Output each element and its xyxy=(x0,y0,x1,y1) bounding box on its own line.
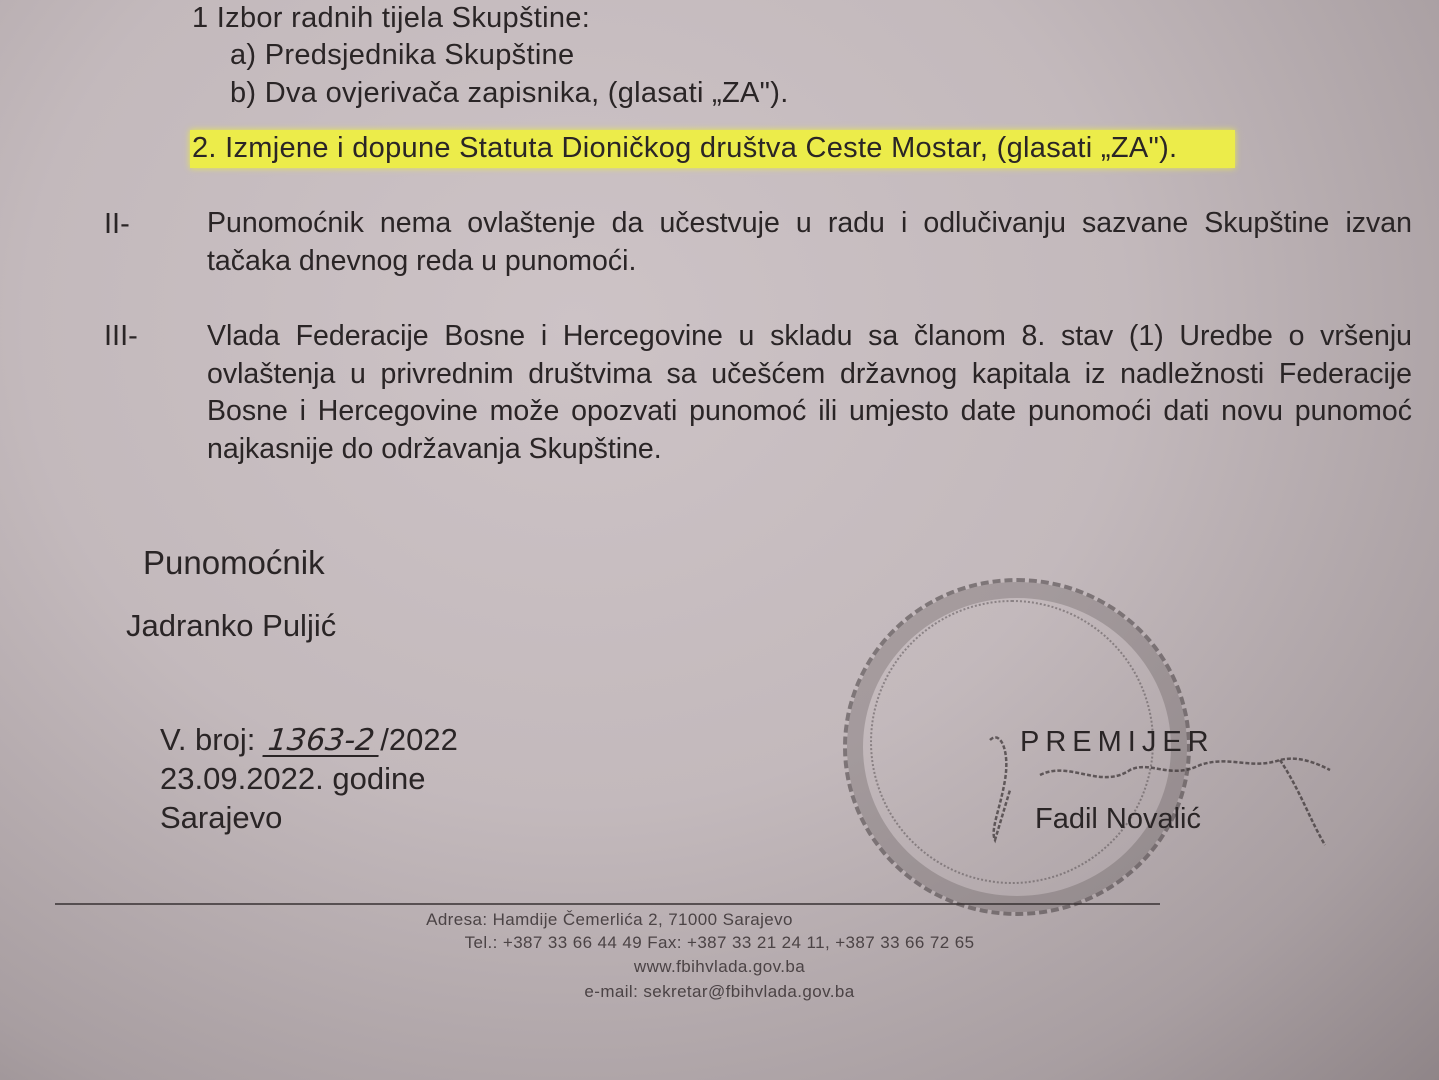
signatory-name: Fadil Novalić xyxy=(1035,803,1201,836)
proxy-name: Jadranko Puljić xyxy=(126,608,336,644)
highlighted-text: 2. Izmjene i dopune Statuta Dioničkog dr… xyxy=(190,130,1235,168)
agenda-item-1: 1 Izbor radnih tijela Skupštine: xyxy=(192,2,590,35)
section-iii-number: III- xyxy=(104,320,138,353)
agenda-item-1a: a) Predsjednika Skupštine xyxy=(230,39,574,72)
footer-address: Adresa: Hamdije Čemerlića 2, 71000 Saraj… xyxy=(0,910,1329,930)
agenda-item-1b: b) Dva ovjerivača zapisnika, (glasati „Z… xyxy=(230,77,789,110)
section-iii-text: Vlada Federacije Bosne i Hercegovine u s… xyxy=(207,318,1412,468)
document-page: 1 Izbor radnih tijela Skupštine: a) Pred… xyxy=(0,0,1439,1080)
agenda-item-2: 2. Izmjene i dopune Statuta Dioničkog dr… xyxy=(190,132,1235,165)
footer-phone: Tel.: +387 33 66 44 49 Fax: +387 33 21 2… xyxy=(0,933,1439,953)
reference-place: Sarajevo xyxy=(160,800,282,836)
footer-email: e-mail: sekretar@fbihvlada.gov.ba xyxy=(0,982,1439,1002)
footer-divider xyxy=(55,903,1160,905)
proxy-label: Punomoćnik xyxy=(143,544,325,582)
signatory-title: PREMIJER xyxy=(1020,726,1215,759)
reference-suffix: /2022 xyxy=(380,722,458,757)
footer-website: www.fbihvlada.gov.ba xyxy=(0,957,1439,977)
reference-prefix: V. broj: xyxy=(160,722,264,757)
section-ii-number: II- xyxy=(104,208,130,241)
reference-date: 23.09.2022. godine xyxy=(160,761,425,797)
section-ii-text: Punomoćnik nema ovlaštenje da učestvuje … xyxy=(207,205,1412,280)
handwritten-number: 1363-2 xyxy=(262,727,381,757)
reference-number: V. broj: 1363-2/2022 xyxy=(160,722,458,758)
